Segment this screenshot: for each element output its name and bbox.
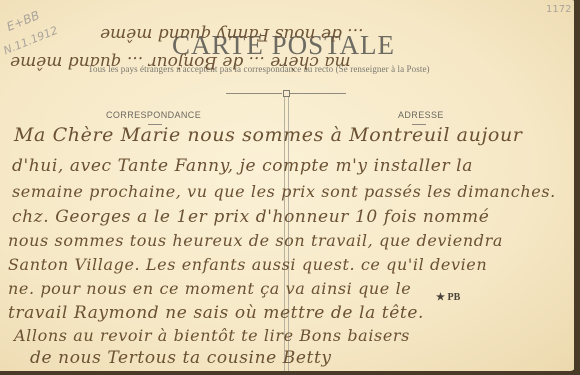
upside-down-line-1: ... de nous Fanny quand même — [100, 24, 363, 44]
adresse-label: ADRESSE — [398, 110, 444, 120]
card-edge-shadow — [574, 0, 580, 375]
header-rule-left — [226, 93, 282, 94]
divider-ornament — [283, 90, 290, 97]
header-rule-right — [290, 93, 346, 94]
message-line-2: d'hui, avec Tante Fanny, je compte m'y i… — [12, 156, 473, 176]
message-line-5: nous sommes tous heureux de son travail,… — [8, 231, 503, 250]
message-line-1: Ma Chère Marie nous sommes à Montreuil a… — [14, 124, 523, 146]
card-bottom-shadow — [0, 371, 580, 375]
message-line-9: Allons au revoir à bientôt te lire Bons … — [14, 326, 410, 345]
message-line-3: semaine prochaine, vu que les prix sont … — [12, 182, 556, 201]
postcard-back: E+BB N.11.1912 1172 CARTE POSTALE Tous l… — [0, 0, 576, 371]
upside-down-line-2: ma chère ... de Bonjour ... quand même — [10, 52, 351, 72]
message-line-7: ne. pour nous en ce moment ça va ainsi q… — [8, 279, 411, 298]
publisher-mark: ★ PB — [436, 292, 460, 303]
message-line-6: Santon Village. Les enfants aussi quest.… — [8, 255, 487, 274]
message-signoff: de nous Tertous ta cousine Betty — [30, 348, 332, 368]
message-line-4: chz. Georges a le 1er prix d'honneur 10 … — [12, 207, 489, 227]
correspondance-label: CORRESPONDANCE — [106, 110, 201, 120]
message-line-8: travail Raymond ne sais où mettre de la … — [8, 303, 424, 323]
pencil-note-number: 1172 — [546, 4, 571, 15]
